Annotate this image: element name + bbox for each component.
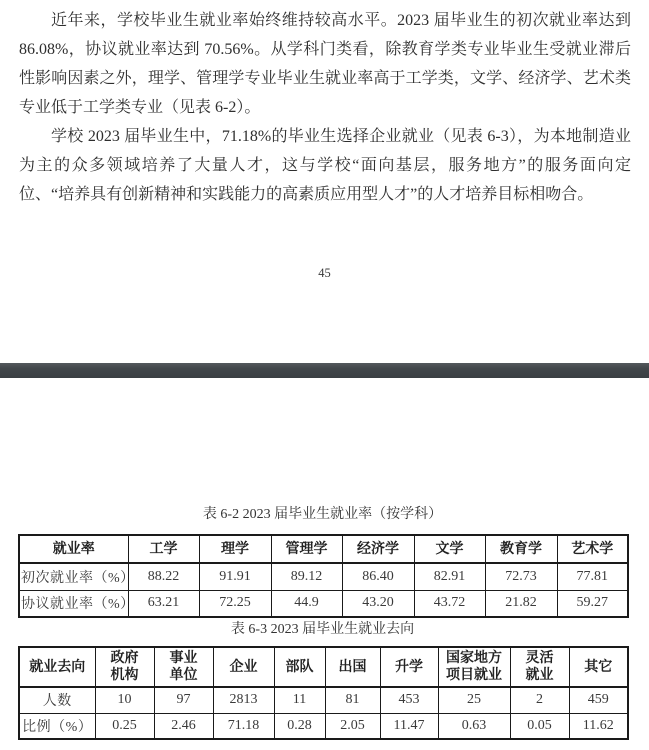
header-cell: 政府 机构 (95, 647, 154, 687)
table-cell: 72.73 (485, 563, 557, 590)
table-row: 初次就业率（%） 88.22 91.91 89.12 86.40 82.91 7… (19, 563, 628, 590)
table-cell: 25 (438, 687, 510, 713)
table-6-3-header-row: 就业去向 政府 机构 事业 单位 企业 部队 出国 升学 国家地方 项目就业 灵… (19, 647, 628, 687)
header-cell: 文学 (414, 535, 485, 563)
page-separator-bar (0, 363, 649, 378)
table-cell: 11 (274, 687, 325, 713)
header-cell: 国家地方 项目就业 (438, 647, 510, 687)
table-cell: 0.05 (510, 713, 569, 739)
table-6-2-header-row: 就业率 工学 理学 管理学 经济学 文学 教育学 艺术学 (19, 535, 628, 563)
table-cell: 2813 (213, 687, 274, 713)
header-cell: 艺术学 (557, 535, 628, 563)
body-paragraph-2: 学校 2023 届毕业生中，71.18%的毕业生选择企业就业（见表 6-3），为… (19, 122, 631, 209)
document-view: 近年来，学校毕业生就业率始终维持较高水平。2023 届毕业生的初次就业率达到 8… (0, 0, 649, 750)
row-label: 比例（%） (19, 713, 95, 739)
header-cell: 管理学 (271, 535, 342, 563)
table-cell: 89.12 (271, 563, 342, 590)
table-cell: 453 (380, 687, 438, 713)
table-row: 协议就业率（%） 63.21 72.25 44.9 43.20 43.72 21… (19, 590, 628, 617)
table-cell: 21.82 (485, 590, 557, 617)
table-cell: 11.47 (380, 713, 438, 739)
table-cell: 43.72 (414, 590, 485, 617)
table-cell: 2.05 (325, 713, 380, 739)
table-cell: 77.81 (557, 563, 628, 590)
header-cell: 教育学 (485, 535, 557, 563)
header-cell: 出国 (325, 647, 380, 687)
table-cell: 10 (95, 687, 154, 713)
table-cell: 44.9 (271, 590, 342, 617)
row-label: 初次就业率（%） (19, 563, 128, 590)
header-cell: 工学 (128, 535, 199, 563)
table-row: 人数 10 97 2813 11 81 453 25 2 459 (19, 687, 628, 713)
table-6-3-caption: 表 6-3 2023 届毕业生就业去向 (18, 621, 627, 639)
table-cell: 71.18 (213, 713, 274, 739)
table-cell: 11.62 (569, 713, 628, 739)
row-label: 人数 (19, 687, 95, 713)
header-cell: 事业 单位 (154, 647, 213, 687)
body-text-block: 近年来，学校毕业生就业率始终维持较高水平。2023 届毕业生的初次就业率达到 8… (0, 0, 649, 209)
table-cell: 81 (325, 687, 380, 713)
table-cell: 91.91 (199, 563, 271, 590)
table-6-2: 就业率 工学 理学 管理学 经济学 文学 教育学 艺术学 初次就业率（%） 88… (18, 534, 629, 618)
header-cell: 经济学 (342, 535, 414, 563)
table-cell: 2.46 (154, 713, 213, 739)
table-6-2-caption: 表 6-2 2023 届毕业生就业率（按学科） (18, 506, 627, 524)
table-cell: 97 (154, 687, 213, 713)
header-cell: 升学 (380, 647, 438, 687)
document-page-2: 表 6-2 2023 届毕业生就业率（按学科） 就业率 工学 理学 管理学 经济… (0, 378, 649, 750)
row-label: 协议就业率（%） (19, 590, 128, 617)
header-cell: 灵活 就业 (510, 647, 569, 687)
header-cell: 理学 (199, 535, 271, 563)
table-cell: 59.27 (557, 590, 628, 617)
table-cell: 0.28 (274, 713, 325, 739)
header-cell: 就业率 (19, 535, 128, 563)
table-row: 比例（%） 0.25 2.46 71.18 0.28 2.05 11.47 0.… (19, 713, 628, 739)
table-cell: 0.25 (95, 713, 154, 739)
body-paragraph-1: 近年来，学校毕业生就业率始终维持较高水平。2023 届毕业生的初次就业率达到 8… (19, 6, 631, 122)
table-cell: 82.91 (414, 563, 485, 590)
table-cell: 2 (510, 687, 569, 713)
header-cell: 部队 (274, 647, 325, 687)
header-cell: 企业 (213, 647, 274, 687)
table-cell: 88.22 (128, 563, 199, 590)
table-cell: 86.40 (342, 563, 414, 590)
header-cell: 就业去向 (19, 647, 95, 687)
table-cell: 43.20 (342, 590, 414, 617)
table-6-3: 就业去向 政府 机构 事业 单位 企业 部队 出国 升学 国家地方 项目就业 灵… (18, 646, 629, 740)
header-cell: 其它 (569, 647, 628, 687)
table-cell: 63.21 (128, 590, 199, 617)
document-page-1: 近年来，学校毕业生就业率始终维持较高水平。2023 届毕业生的初次就业率达到 8… (0, 0, 649, 363)
page-number: 45 (0, 266, 649, 281)
table-cell: 0.63 (438, 713, 510, 739)
table-cell: 459 (569, 687, 628, 713)
table-cell: 72.25 (199, 590, 271, 617)
